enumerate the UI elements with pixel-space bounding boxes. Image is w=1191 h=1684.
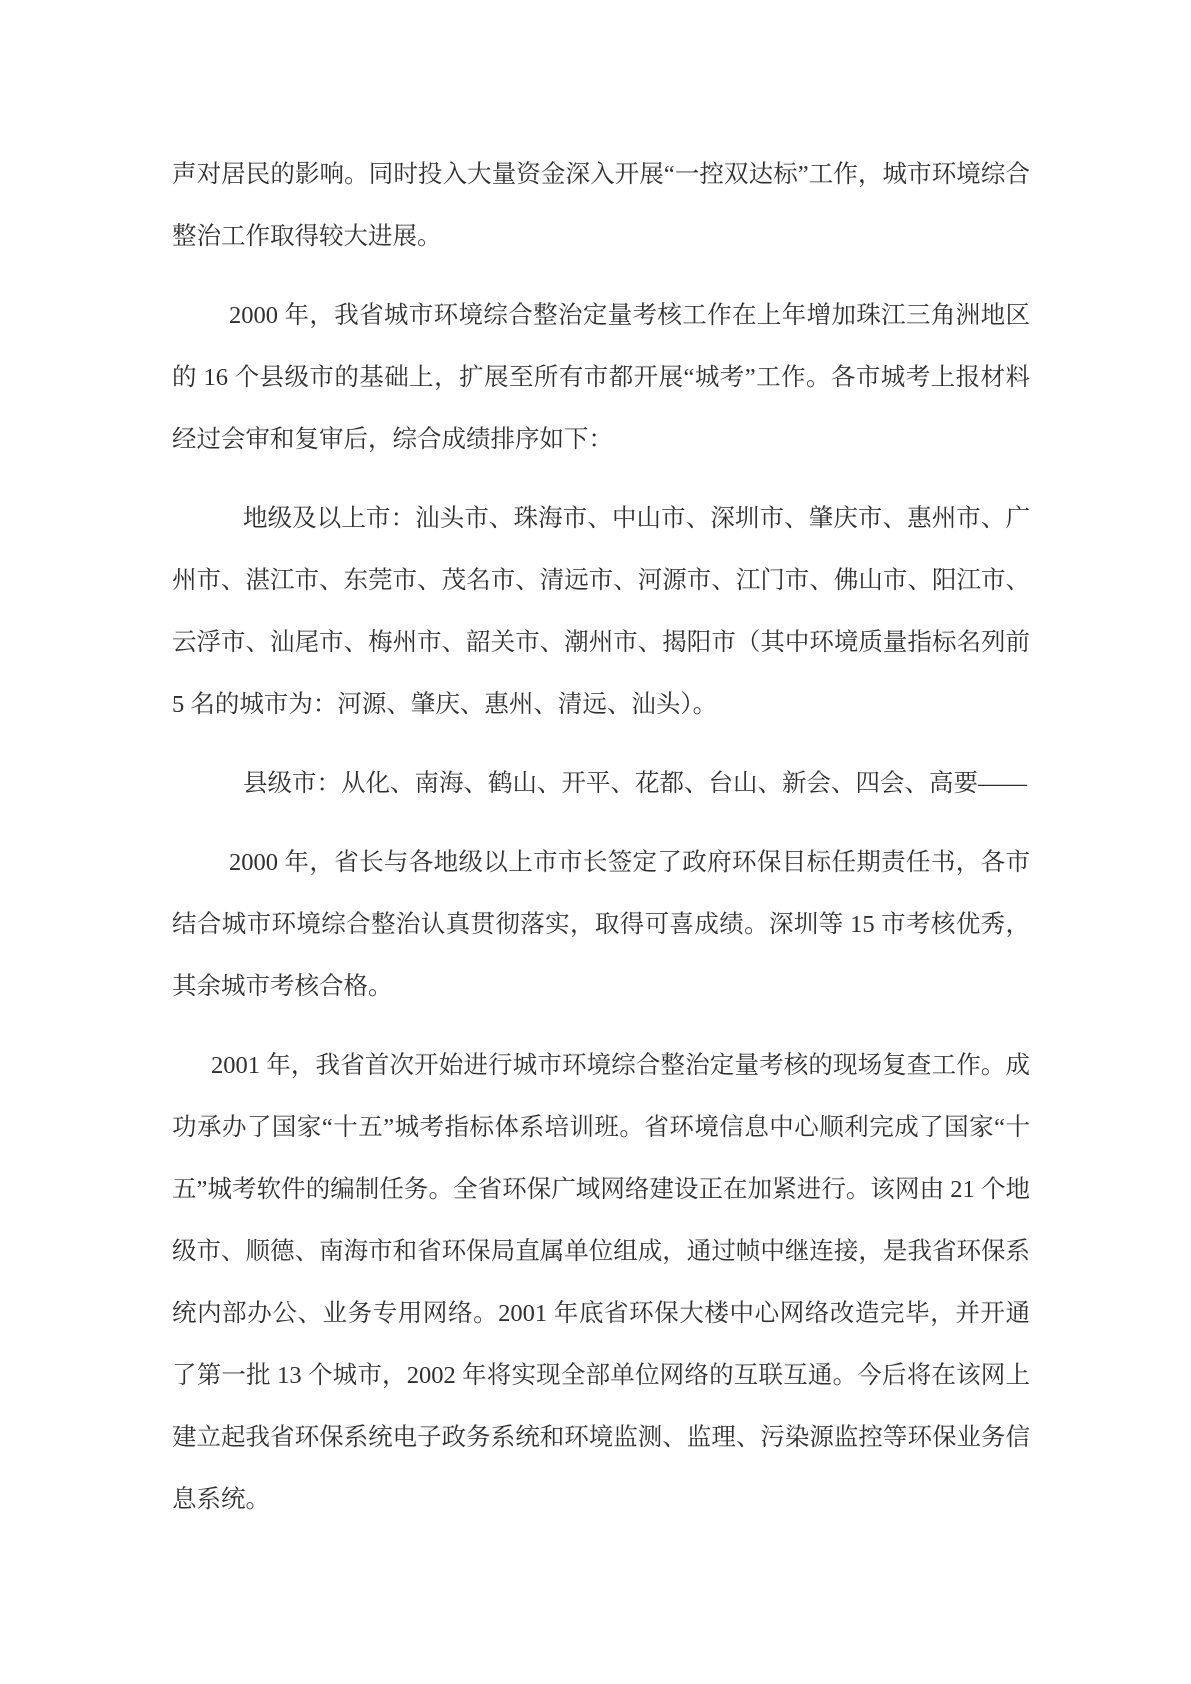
paragraph-2001-review-network: 2001 年，我省首次开始进行城市环境综合整治定量考核的现场复查工作。成功承办了… bbox=[172, 1035, 1030, 1531]
paragraph-prefecture-city-ranking: 地级及以上市：汕头市、珠海市、中山市、深圳市、肇庆市、惠州市、广州市、湛江市、东… bbox=[172, 488, 1030, 736]
document-page: 声对居民的影响。同时投入大量资金深入开展“一控双达标”工作，城市环境综合整治工作… bbox=[0, 0, 1191, 1684]
paragraph-2000-responsibility: 2000 年，省长与各地级以上市市长签定了政府环保目标任期责任书，各市结合城市环… bbox=[172, 832, 1030, 1018]
paragraph-2000-assessment: 2000 年，我省城市环境综合整治定量考核工作在上年增加珠江三角洲地区的 16 … bbox=[172, 285, 1030, 471]
paragraph-county-city-ranking: 县级市：从化、南海、鹤山、开平、花都、台山、新会、四会、高要—— bbox=[172, 753, 1030, 815]
paragraph-continuation: 声对居民的影响。同时投入大量资金深入开展“一控双达标”工作，城市环境综合整治工作… bbox=[172, 144, 1030, 268]
